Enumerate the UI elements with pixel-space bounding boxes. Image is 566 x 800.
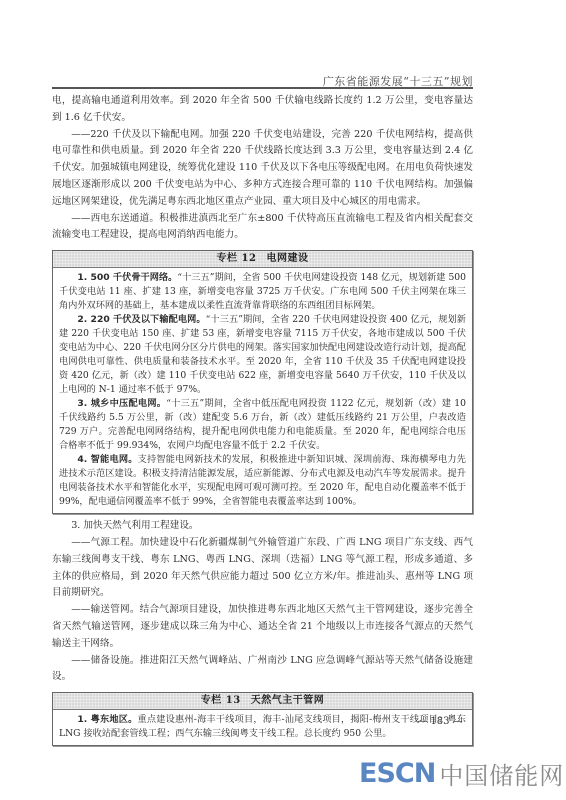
watermark-latin: ESCN [359, 758, 435, 789]
box-13-header: 专栏 13天然气主干管网 [53, 693, 472, 710]
watermark-chinese: 中国储能网 [439, 756, 564, 791]
page-body: 电，提高输电通道利用效率。到 2020 年全省 500 千伏输电线路长度约 1.… [52, 93, 473, 750]
box-12-item-lead: 3. 城乡中压配电网。 [77, 398, 166, 409]
box-12-item-lead: 1. 500 千伏骨干网络。 [77, 272, 177, 283]
paragraph-gas-pipeline: ——输送管网。结合气源项目建设，加快推进粤东西北地区天然气主干管网建设，逐步完善… [52, 602, 473, 652]
box-12-item: 1. 500 千伏骨干网络。“十三五”期间，全省 500 千伏电网建设投资 14… [59, 271, 466, 313]
box-12-item: 2. 220 千伏及以下输配电网。“十三五”期间，全省 220 千伏电网建设投资… [59, 313, 466, 397]
watermark-logo: ESCN 中国储能网 [359, 757, 564, 789]
page-number: — 183 — [400, 716, 480, 727]
box-13-label: 专栏 13 [201, 695, 241, 706]
paragraph-gas-source: ——气源工程。加快建设中石化新疆煤制气外输管道广东段、广西 LNG 项目广东支线… [52, 535, 473, 602]
paragraph-gas-storage: ——储备设施。推进阳江天然气调峰站、广州南沙 LNG 应急调峰气源站等天然气储备… [52, 653, 473, 687]
box-12-body: 1. 500 千伏骨干网络。“十三五”期间，全省 500 千伏电网建设投资 14… [53, 268, 472, 513]
box-12-title: 电网建设 [266, 253, 308, 264]
section-heading-gas: 3. 加快天然气利用工程建设。 [52, 518, 473, 535]
paragraph-continuation: 电，提高输电通道利用效率。到 2020 年全省 500 千伏输电线路长度约 1.… [52, 93, 473, 127]
box-12-label: 专栏 12 [217, 253, 257, 264]
box-12-item-text: “十三五”期间，全省 220 千伏电网建设投资 400 亿元，规划新建 220 … [59, 314, 466, 395]
paragraph-220kv-grid: ——220 千伏及以下输配电网。加强 220 千伏变电站建设，完善 220 千伏… [52, 127, 473, 211]
watermark-latin-text: ESCN [359, 758, 435, 789]
box-13-title: 天然气主干管网 [251, 695, 325, 706]
box-12-item-lead: 4. 智能电网。 [77, 454, 137, 465]
box-13-item-lead: 1. 粤东地区。 [77, 714, 137, 725]
box-12-item-lead: 2. 220 千伏及以下输配电网。 [77, 314, 205, 325]
header-rule [52, 87, 473, 89]
box-12-item: 4. 智能电网。支持智能电网新技术的发展，积极推进中新知识城、深圳前海、珠海横琴… [59, 453, 466, 509]
box-12-header: 专栏 12电网建设 [53, 251, 472, 268]
paragraph-west-east-transmission: ——西电东送通道。积极推进滇西北至广东±800 千伏特高压直流输电工程及省内相关… [52, 211, 473, 245]
sidebar-box-12: 专栏 12电网建设 1. 500 千伏骨干网络。“十三五”期间，全省 500 千… [52, 250, 473, 514]
box-12-item: 3. 城乡中压配电网。“十三五”期间，全省中低压配电网投资 1122 亿元，规划… [59, 397, 466, 453]
